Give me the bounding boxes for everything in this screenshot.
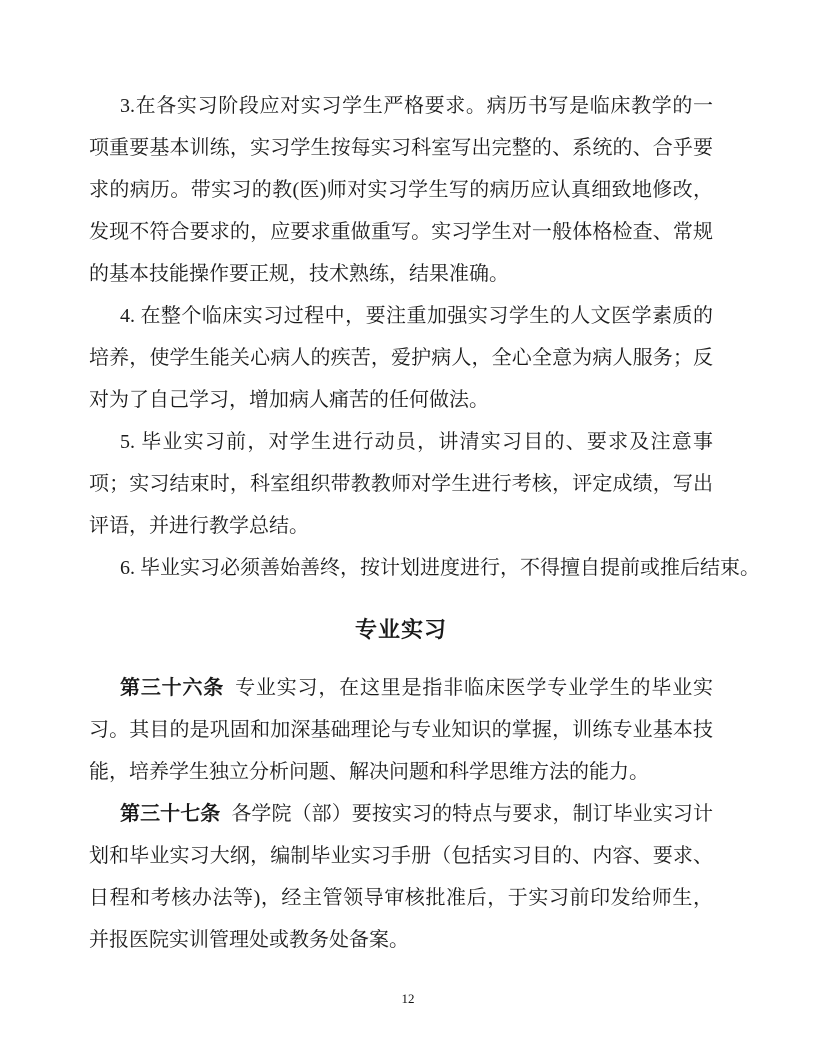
paragraph-clinical-item-4: 4. 在整个临床实习过程中，要注重加强实习学生的人文医学素质的培养，使学生能关心… [89,295,713,421]
paragraph-clinical-item-3: 3.在各实习阶段应对实习学生严格要求。病历书写是临床教学的一项重要基本训练，实习… [89,85,713,295]
document-body: 3.在各实习阶段应对实习学生严格要求。病历书写是临床教学的一项重要基本训练，实习… [89,85,713,961]
paragraph-article-36: 第三十六条专业实习，在这里是指非临床医学专业学生的毕业实习。其目的是巩固和加深基… [89,667,713,793]
paragraph-clinical-item-5: 5. 毕业实习前，对学生进行动员，讲清实习目的、要求及注意事项；实习结束时，科室… [89,421,713,547]
document-page: 3.在各实习阶段应对实习学生严格要求。病历书写是临床教学的一项重要基本训练，实习… [0,0,816,1056]
paragraph-article-37: 第三十七条各学院（部）要按实习的特点与要求，制订毕业实习计划和毕业实习大纲，编制… [89,793,713,961]
page-number: 12 [0,991,816,1007]
article-37-number: 第三十七条 [120,803,220,825]
section-heading-professional-internship: 专业实习 [89,609,713,651]
article-36-number: 第三十六条 [120,677,224,699]
article-37-text: 各学院（部）要按实习的特点与要求，制订毕业实习计划和毕业实习大纲，编制毕业实习手… [89,803,713,951]
paragraph-clinical-item-6: 6. 毕业实习必须善始善终，按计划进度进行，不得擅自提前或推后结束。 [89,547,713,589]
